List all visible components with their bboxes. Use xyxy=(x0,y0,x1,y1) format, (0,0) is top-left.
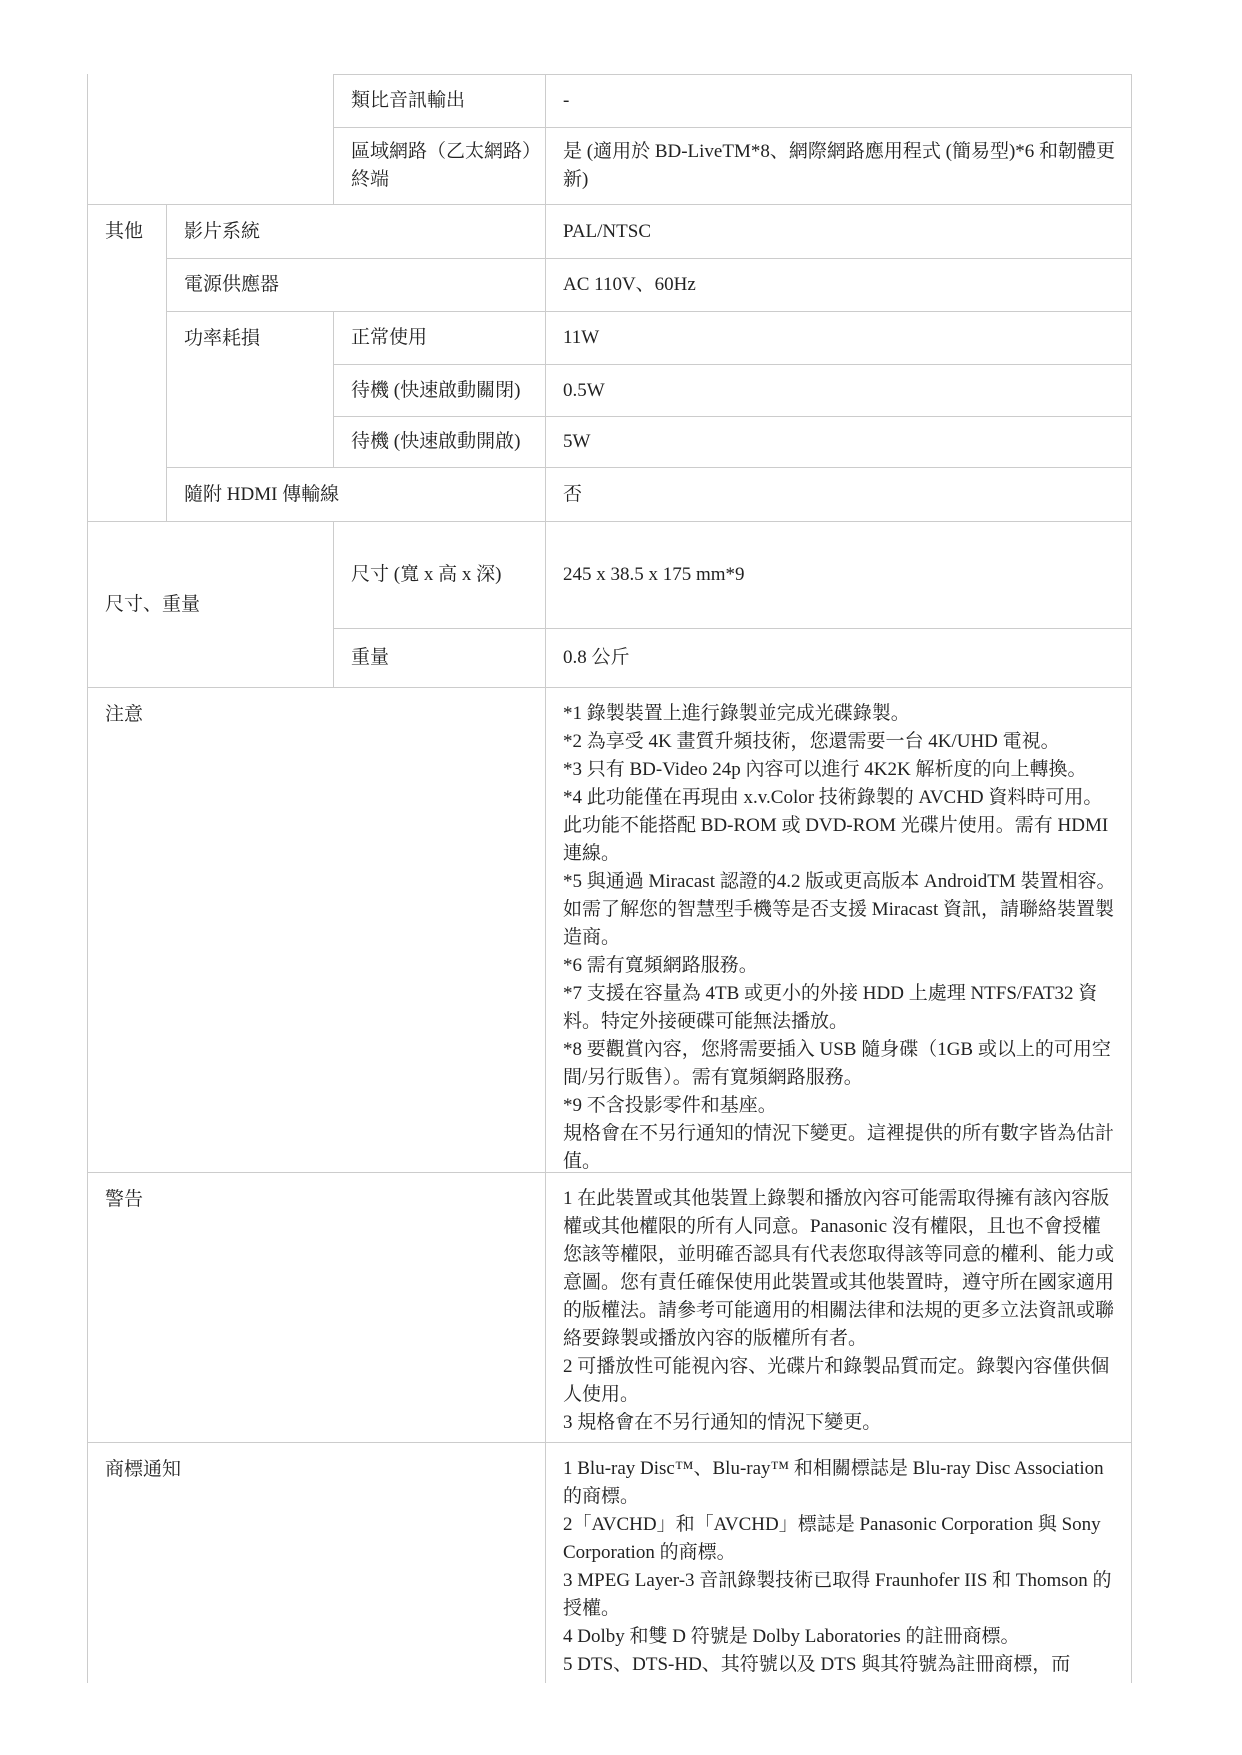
warning-line: 3 規格會在不另行通知的情況下變更。 xyxy=(563,1409,1117,1437)
notes-text-block: *1 錄製裝置上進行錄製並完成光碟錄製。 *2 為享受 4K 畫質升頻技術，您還… xyxy=(546,688,1132,1173)
warning-line: 1 在此裝置或其他裝置上錄製和播放內容可能需取得擁有該內容版權或其他權限的所有人… xyxy=(563,1185,1117,1353)
analog-audio-output-label: 類比音訊輸出 xyxy=(334,74,546,128)
warning-line: 2 可播放性可能視內容、光碟片和錄製品質而定。錄製內容僅供個人使用。 xyxy=(563,1353,1117,1409)
empty-category-cell xyxy=(87,74,334,205)
note-line: 規格會在不另行通知的情況下變更。這裡提供的所有數字皆為估計值。 xyxy=(563,1120,1117,1176)
weight-label: 重量 xyxy=(334,629,546,688)
notes-section-label: 注意 xyxy=(87,688,546,1173)
power-supply-label: 電源供應器 xyxy=(167,259,546,312)
trademark-text-block: 1 Blu-ray Disc™、Blu-ray™ 和相關標誌是 Blu-ray … xyxy=(546,1443,1132,1683)
power-supply-value: AC 110V、60Hz xyxy=(546,259,1132,312)
dimensions-weight-category-label: 尺寸、重量 xyxy=(87,522,334,688)
normal-use-label: 正常使用 xyxy=(334,312,546,365)
standby-quickstart-off-label: 待機 (快速啟動關閉) xyxy=(334,365,546,417)
trademark-line: 3 MPEG Layer-3 音訊錄製技術已取得 Fraunhofer IIS … xyxy=(563,1567,1117,1623)
spec-page: { "page": { "background": "#ffffff", "bo… xyxy=(0,0,1242,1755)
hdmi-cable-included-value: 否 xyxy=(546,468,1132,522)
trademark-line: 4 Dolby 和雙 D 符號是 Dolby Laboratories 的註冊商… xyxy=(563,1623,1117,1651)
note-line: *3 只有 BD-Video 24p 內容可以進行 4K2K 解析度的向上轉換。 xyxy=(563,756,1117,784)
note-line: *2 為享受 4K 畫質升頻技術，您還需要一台 4K/UHD 電視。 xyxy=(563,728,1117,756)
weight-value: 0.8 公斤 xyxy=(546,629,1132,688)
trademark-line: 5 DTS、DTS-HD、其符號以及 DTS 與其符號為註冊商標，而 DTS- xyxy=(563,1651,1117,1683)
warning-section-label: 警告 xyxy=(87,1173,546,1443)
standby-quickstart-off-value: 0.5W xyxy=(546,365,1132,417)
hdmi-cable-included-label: 隨附 HDMI 傳輸線 xyxy=(167,468,546,522)
trademark-section-label: 商標通知 xyxy=(87,1443,546,1683)
normal-use-value: 11W xyxy=(546,312,1132,365)
spec-table: 類比音訊輸出 - 區域網路（乙太網路）終端 是 (適用於 BD-LiveTM*8… xyxy=(87,74,1132,1683)
lan-terminal-label: 區域網路（乙太網路）終端 xyxy=(334,128,546,205)
analog-audio-output-value: - xyxy=(546,74,1132,128)
note-line: *7 支援在容量為 4TB 或更小的外接 HDD 上處理 NTFS/FAT32 … xyxy=(563,980,1117,1036)
lan-terminal-value: 是 (適用於 BD-LiveTM*8、網際網路應用程式 (簡易型)*6 和韌體更… xyxy=(546,128,1132,205)
trademark-line: 2「AVCHD」和「AVCHD」標誌是 Panasonic Corporatio… xyxy=(563,1511,1117,1567)
note-line: *4 此功能僅在再現由 x.v.Color 技術錄製的 AVCHD 資料時可用。… xyxy=(563,784,1117,868)
note-line: *5 與通過 Miracast 認證的4.2 版或更高版本 AndroidTM … xyxy=(563,868,1117,952)
video-system-value: PAL/NTSC xyxy=(546,205,1132,259)
category-other-label: 其他 xyxy=(87,205,167,522)
power-consumption-label: 功率耗損 xyxy=(167,312,334,468)
note-line: *6 需有寬頻網路服務。 xyxy=(563,952,1117,980)
warning-text-block: 1 在此裝置或其他裝置上錄製和播放內容可能需取得擁有該內容版權或其他權限的所有人… xyxy=(546,1173,1132,1443)
standby-quickstart-on-label: 待機 (快速啟動開啟) xyxy=(334,417,546,468)
note-line: *9 不含投影零件和基座。 xyxy=(563,1092,1117,1120)
standby-quickstart-on-value: 5W xyxy=(546,417,1132,468)
note-line: *1 錄製裝置上進行錄製並完成光碟錄製。 xyxy=(563,700,1117,728)
dimensions-label: 尺寸 (寬 x 高 x 深) xyxy=(334,522,546,629)
note-line: *8 要觀賞內容，您將需要插入 USB 隨身碟（1GB 或以上的可用空間/另行販… xyxy=(563,1036,1117,1092)
dimensions-value: 245 x 38.5 x 175 mm*9 xyxy=(546,522,1132,629)
trademark-line: 1 Blu-ray Disc™、Blu-ray™ 和相關標誌是 Blu-ray … xyxy=(563,1455,1117,1511)
video-system-label: 影片系統 xyxy=(167,205,546,259)
